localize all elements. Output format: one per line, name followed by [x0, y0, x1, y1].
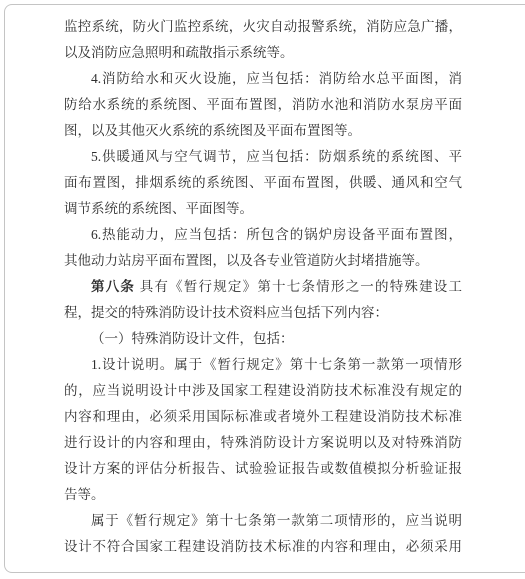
- document-line: 4.消防给水和灭火设施，应当包括：消防给水总平面图，消: [64, 66, 462, 92]
- document-line: 面布置图，排烟系统的系统图、平面布置图，供暖、通风和空气: [64, 170, 462, 196]
- document-line: 监控系统，防火门监控系统，火灾自动报警系统，消防应急广播，: [64, 14, 462, 40]
- article-number: 第八条: [91, 279, 135, 294]
- document-line: 1.设计说明。属于《暂行规定》第十七条第一款第一项情形: [64, 352, 462, 378]
- document-line: 设计方案的评估分析报告、试验验证报告或数值模拟分析验证报: [64, 456, 462, 482]
- document-line: 防给水系统的系统图、平面布置图，消防水池和消防水泵房平面: [64, 92, 462, 118]
- document-line: （一）特殊消防设计文件，包括：: [64, 326, 462, 352]
- document-line: 调节系统的系统图、平面图等。: [64, 196, 462, 222]
- document-line: 告等。: [64, 482, 462, 508]
- document-line: 其他动力站房平面布置图，以及各专业管道防火封堵措施等。: [64, 248, 462, 274]
- document-text: 监控系统，防火门监控系统，火灾自动报警系统，消防应急广播，以及消防应急照明和疏散…: [64, 14, 462, 560]
- document-line: 6.热能动力，应当包括：所包含的锅炉房设备平面布置图，: [64, 222, 462, 248]
- document-line: 5.供暖通风与空气调节，应当包括：防烟系统的系统图、平: [64, 144, 462, 170]
- document-line: 程，提交的特殊消防设计技术资料应当包括下列内容：: [64, 300, 462, 326]
- document-line: 设计不符合国家工程建设消防技术标准的内容和理由，必须采用: [64, 534, 462, 560]
- document-line: 进行设计的内容和理由，特殊消防设计方案说明以及对特殊消防: [64, 430, 462, 456]
- document-line: 属于《暂行规定》第十七条第一款第二项情形的，应当说明: [64, 508, 462, 534]
- document-line: 图，以及其他灭火系统的系统图及平面布置图等。: [64, 118, 462, 144]
- document-line: 的，应当说明设计中涉及国家工程建设消防技术标准没有规定的: [64, 378, 462, 404]
- document-line: 第八条 具有《暂行规定》第十七条情形之一的特殊建设工: [64, 274, 462, 300]
- document-line: 内容和理由，必须采用国际标准或者境外工程建设消防技术标准: [64, 404, 462, 430]
- document-viewport: { "page": { "background_color": "#ffffff…: [0, 0, 525, 579]
- document-line: 以及消防应急照明和疏散指示系统等。: [64, 40, 462, 66]
